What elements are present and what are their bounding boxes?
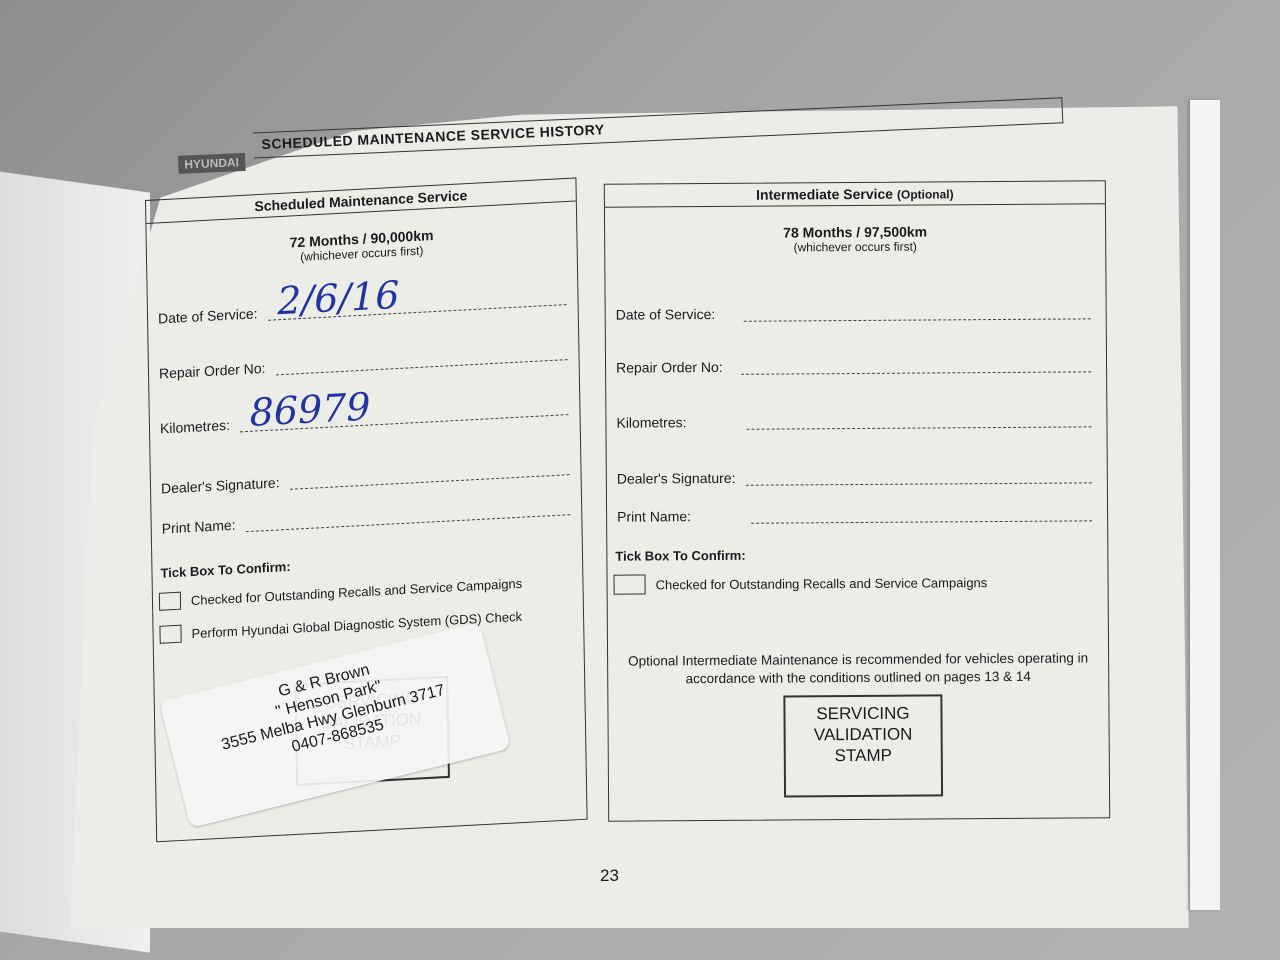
date-of-service-field[interactable]: Date of Service: 2/6/16	[158, 289, 566, 326]
field-label: Kilometres:	[616, 414, 686, 430]
print-name-field[interactable]: Print Name:	[162, 499, 570, 536]
field-label: Kilometres:	[160, 417, 230, 437]
field-label: Print Name:	[162, 517, 236, 537]
page-header: HYUNDAI SCHEDULED MAINTENANCE SERVICE HI…	[173, 89, 1064, 180]
checkbox-icon[interactable]	[614, 574, 646, 594]
checkbox-icon[interactable]	[159, 592, 181, 611]
checkbox-icon[interactable]	[159, 625, 181, 644]
kilometres-field[interactable]: Kilometres: 86979	[160, 399, 568, 436]
repair-order-field[interactable]: Repair Order No:	[616, 356, 1091, 375]
optional-maintenance-note: Optional Intermediate Maintenance is rec…	[608, 649, 1108, 688]
date-of-service-field[interactable]: Date of Service:	[616, 303, 1091, 322]
checkbox-label: Checked for Outstanding Recalls and Serv…	[191, 575, 522, 607]
tick-box-title: Tick Box To Confirm:	[615, 548, 745, 564]
field-label: Repair Order No:	[616, 359, 723, 376]
field-label: Date of Service:	[616, 306, 716, 323]
repair-order-field[interactable]: Repair Order No:	[159, 344, 567, 381]
panel-title-suffix: (Optional)	[897, 187, 954, 201]
dealer-signature-field[interactable]: Dealer's Signature:	[617, 467, 1092, 486]
field-label: Dealer's Signature:	[617, 470, 736, 487]
field-label: Repair Order No:	[159, 360, 266, 382]
panel-title: Scheduled Maintenance Service	[146, 178, 576, 224]
field-label: Dealer's Signature:	[161, 474, 280, 496]
panel-title: Intermediate Service (Optional)	[605, 181, 1105, 207]
print-name-field[interactable]: Print Name:	[617, 505, 1092, 524]
dealer-signature-field[interactable]: Dealer's Signature:	[161, 459, 569, 496]
recalls-checkbox[interactable]: Checked for Outstanding Recalls and Serv…	[159, 574, 522, 611]
stamp-line: SERVICING	[785, 702, 940, 724]
panel-title-text: Intermediate Service	[756, 186, 893, 203]
checkbox-label: Checked for Outstanding Recalls and Serv…	[656, 575, 988, 592]
stamp-line: STAMP	[786, 744, 941, 766]
stamp-line: VALIDATION	[786, 723, 941, 745]
validation-stamp-box: SERVICING VALIDATION STAMP	[783, 694, 943, 797]
kilometres-field[interactable]: Kilometres:	[616, 411, 1091, 430]
intermediate-service-panel: Intermediate Service (Optional) 78 Month…	[604, 180, 1110, 821]
header-frame	[253, 97, 1063, 158]
page-number: 23	[600, 866, 619, 886]
brand-tab: HYUNDAI	[178, 153, 245, 174]
recalls-checkbox[interactable]: Checked for Outstanding Recalls and Serv…	[614, 572, 988, 595]
interval-note: (whichever occurs first)	[605, 238, 1105, 255]
field-label: Date of Service:	[158, 305, 258, 326]
handwritten-date: 2/6/16	[277, 273, 400, 323]
field-label: Print Name:	[617, 508, 691, 525]
tick-box-title: Tick Box To Confirm:	[160, 559, 290, 581]
handwritten-kilometres: 86979	[249, 384, 370, 434]
